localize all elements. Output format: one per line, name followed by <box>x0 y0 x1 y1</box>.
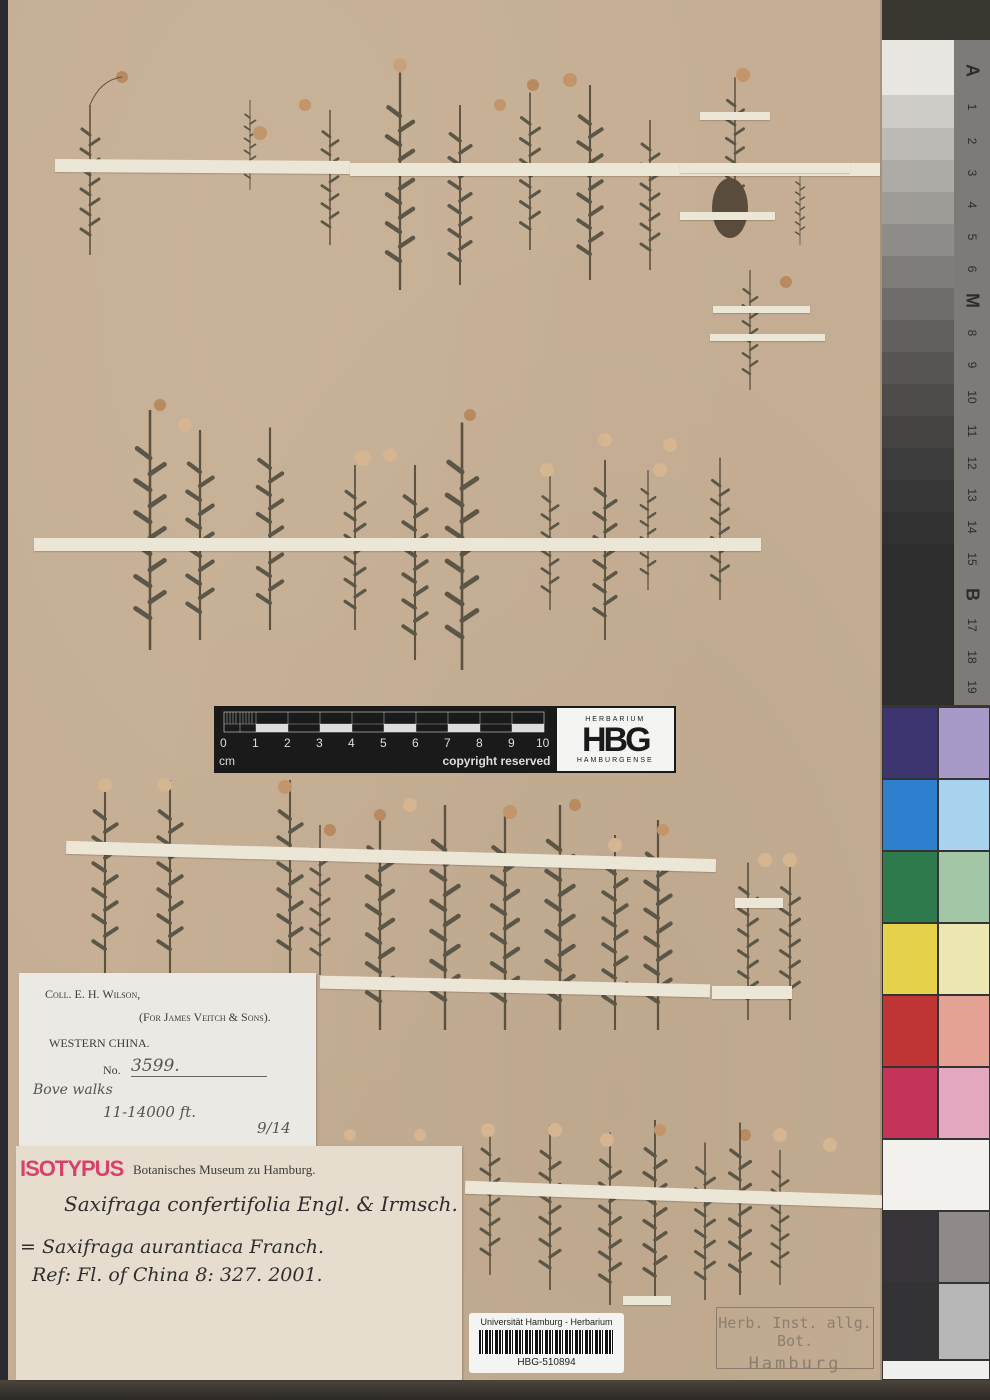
collector-label: Coll. E. H. Wilson, (For James Veitch & … <box>19 973 316 1148</box>
isotypus-stamp: ISOTYPUS <box>20 1156 123 1182</box>
collector-sponsor: (For James Veitch & Sons). <box>139 1010 271 1025</box>
scale-tick: 10 <box>536 736 549 750</box>
scale-tick: 5 <box>380 736 387 750</box>
reference: Ref: Fl. of China 8: 327. 2001. <box>32 1264 323 1286</box>
swatch-blue-light <box>938 779 990 851</box>
swatch-white <box>882 1139 990 1211</box>
synonym: = Saxifraga aurantiaca Franch. <box>20 1236 324 1258</box>
herbarium-stamp: Herb. Inst. allg. Bot. Hamburg <box>716 1307 874 1369</box>
number-prefix: No. <box>103 1063 121 1078</box>
tape-strip <box>735 898 783 908</box>
swatch-yellow-light <box>938 923 990 995</box>
scanner-background <box>0 1380 990 1400</box>
scale-unit: cm <box>219 754 235 768</box>
swatch-white-bottom <box>882 1360 990 1380</box>
scale-tick: 7 <box>444 736 451 750</box>
tape-strip <box>680 163 850 173</box>
collection-number: 3599. <box>131 1056 267 1077</box>
tape-strip <box>55 159 350 174</box>
scale-ruler: 0 1 2 3 4 5 6 7 8 9 10 cm copyright rese… <box>214 706 557 773</box>
scale-tick: 6 <box>412 736 419 750</box>
elevation-note: 11-14000 ft. <box>103 1103 196 1121</box>
swatch-gray-light <box>938 1283 990 1360</box>
barcode-title: Universität Hamburg - Herbarium <box>469 1317 624 1327</box>
barcode <box>479 1330 614 1354</box>
tape-strip <box>710 334 825 341</box>
swatch-green-light <box>938 851 990 923</box>
scale-tick: 2 <box>284 736 291 750</box>
tape-strip <box>34 538 761 551</box>
swatch-red-light <box>938 995 990 1067</box>
collector-name: Coll. E. H. Wilson, <box>45 987 140 1002</box>
date-note: 9/14 <box>257 1119 291 1137</box>
swatch-black-1 <box>882 1211 938 1283</box>
swatch-yellow-dark <box>882 923 938 995</box>
scale-tick: 8 <box>476 736 483 750</box>
swatch-magenta-dark <box>882 1067 938 1139</box>
determination-label: ISOTYPUS Botanisches Museum zu Hamburg. … <box>16 1146 462 1380</box>
swatch-black-2 <box>882 1283 938 1360</box>
scale-tick: 3 <box>316 736 323 750</box>
swatch-violet-light <box>938 707 990 779</box>
swatch-gray-mid <box>938 1211 990 1283</box>
scale-tick: 9 <box>508 736 515 750</box>
tape-strip <box>680 212 775 220</box>
tape-strip <box>712 986 792 999</box>
specimen-id: HBG-510894 <box>469 1357 624 1368</box>
swatch-blue-dark <box>882 779 938 851</box>
grayscale-labels: A 1 2 3 4 5 6 M 8 9 10 11 12 13 14 15 B … <box>954 40 990 705</box>
hbg-logo: HERBARIUM HBG HAMBURGENSE <box>557 708 674 771</box>
barcode-label: Universität Hamburg - Herbarium HBG-5108… <box>469 1313 624 1373</box>
scale-tick: 1 <box>252 736 259 750</box>
locality-note: Bove walks <box>33 1082 113 1098</box>
swatch-violet-dark <box>882 707 938 779</box>
row1-plants <box>81 58 805 390</box>
scale-tick: 0 <box>220 736 227 750</box>
swatch-green-dark <box>882 851 938 923</box>
taxon-name: Saxifraga confertifolia Engl. & Irmsch. <box>64 1192 458 1216</box>
row2-plants <box>136 399 729 670</box>
scale-tick: 4 <box>348 736 355 750</box>
tape-strip <box>700 112 770 120</box>
tape-strip <box>623 1296 671 1305</box>
copyright-text: copyright reserved <box>442 754 550 768</box>
collection-region: WESTERN CHINA. <box>49 1036 150 1051</box>
tape-strip <box>713 306 810 313</box>
color-calibration-chart: A 1 2 3 4 5 6 M 8 9 10 11 12 13 14 15 B … <box>882 40 990 1380</box>
grayscale-strip: A 1 2 3 4 5 6 M 8 9 10 11 12 13 14 15 B … <box>882 40 990 705</box>
scale-bar: 0 1 2 3 4 5 6 7 8 9 10 cm copyright rese… <box>214 706 676 773</box>
swatch-magenta-light <box>938 1067 990 1139</box>
swatch-red-dark <box>882 995 938 1067</box>
institution-name: Botanisches Museum zu Hamburg. <box>133 1162 315 1178</box>
